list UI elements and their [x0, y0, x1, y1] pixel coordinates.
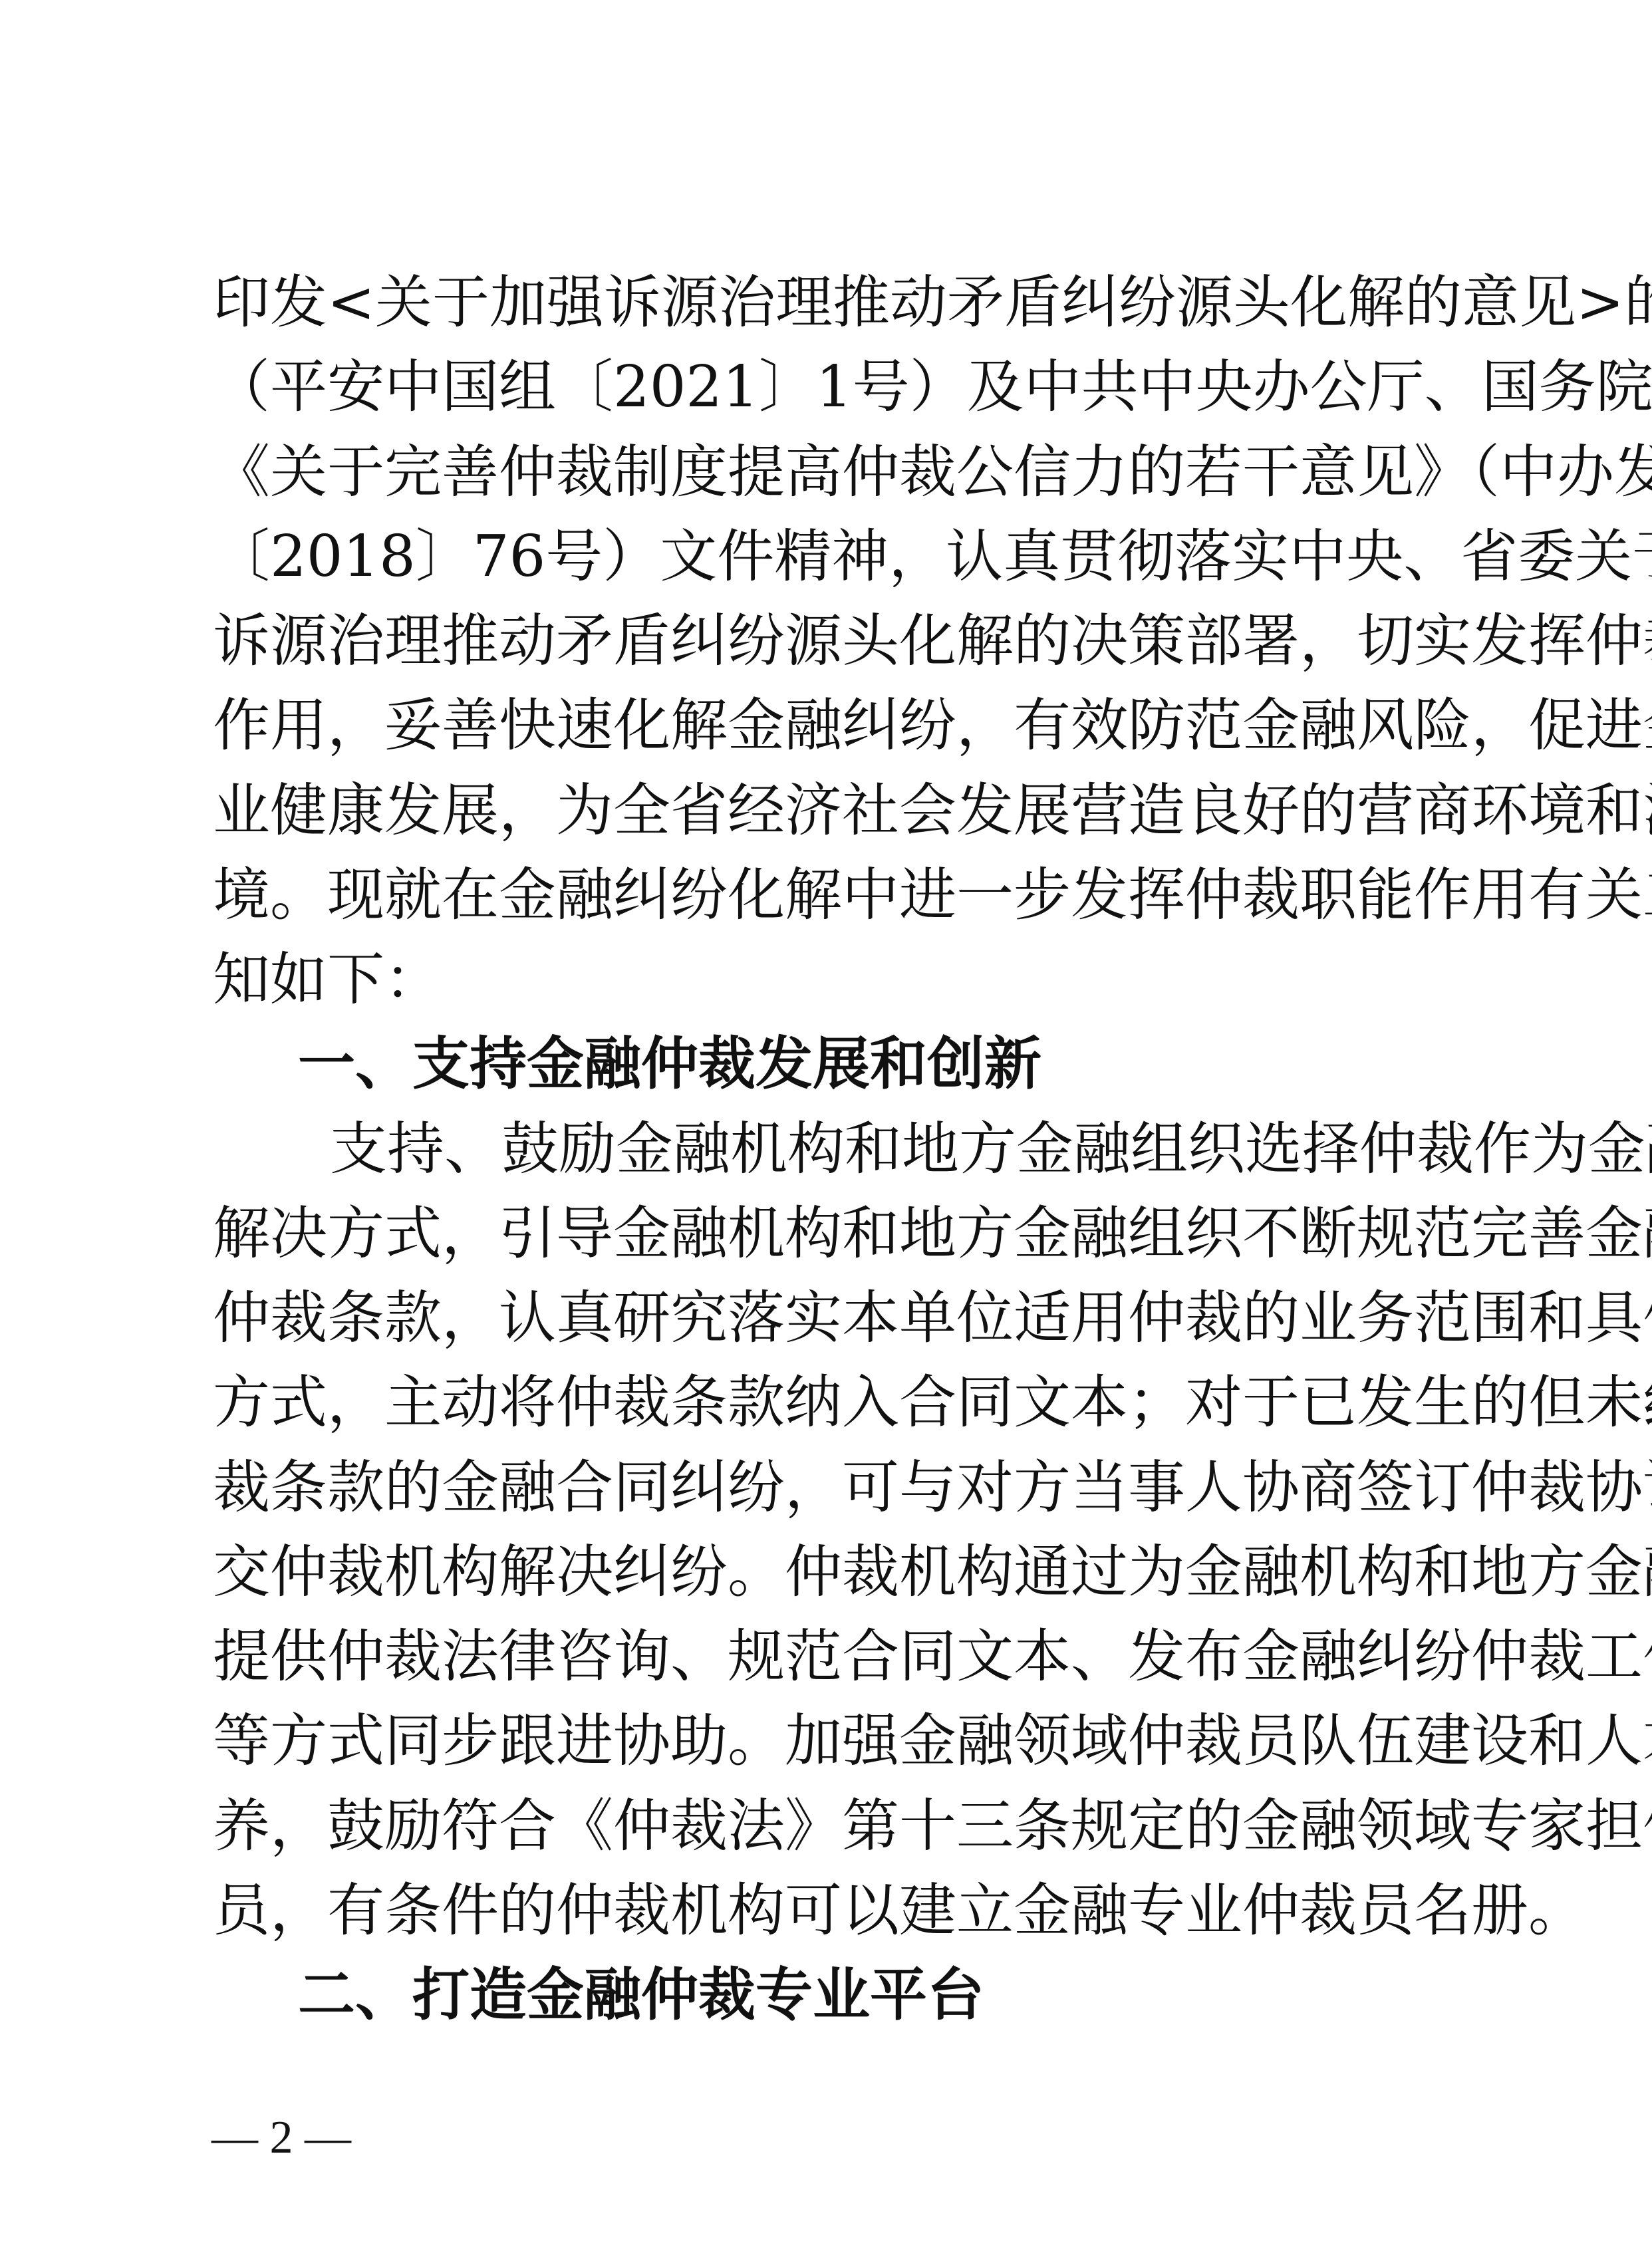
paragraph-line: 诉源治理推动矛盾纠纷源头化解的决策部署，切实发挥仲裁优势 — [213, 599, 1440, 684]
paragraph-line: 解决方式，引导金融机构和地方金融组织不断规范完善金融合同 — [213, 1192, 1440, 1276]
document-body: 印发<关于加强诉源治理推动矛盾纠纷源头化解的意见>的通知》 （平安中国组〔202… — [213, 261, 1440, 2038]
paragraph-line: 《关于完善仲裁制度提高仲裁公信力的若干意见》（中办发 — [213, 430, 1440, 515]
paragraph-line: 方式，主动将仲裁条款纳入合同文本；对于已发生的但未约定仲 — [213, 1361, 1440, 1445]
paragraph-line: 等方式同步跟进协助。加强金融领域仲裁员队伍建设和人才培 — [213, 1699, 1440, 1784]
paragraph-line: 裁条款的金融合同纠纷，可与对方当事人协商签订仲裁协议，提 — [213, 1446, 1440, 1530]
document-page: 印发<关于加强诉源治理推动矛盾纠纷源头化解的意见>的通知》 （平安中国组〔202… — [0, 0, 1652, 2267]
section-heading-2: 二、打造金融仲裁专业平台 — [213, 1953, 1440, 2038]
paragraph-line: 提供仲裁法律咨询、规范合同文本、发布金融纠纷仲裁工作指引 — [213, 1615, 1440, 1699]
paragraph-line: 印发<关于加强诉源治理推动矛盾纠纷源头化解的意见>的通知》 — [213, 261, 1440, 345]
paragraph-line: 仲裁条款，认真研究落实本单位适用仲裁的业务范围和具体适用 — [213, 1276, 1440, 1361]
paragraph-line: 交仲裁机构解决纠纷。仲裁机构通过为金融机构和地方金融组织 — [213, 1530, 1440, 1615]
paragraph-line: 作用，妥善快速化解金融纠纷，有效防范金融风险，促进金融行 — [213, 684, 1440, 768]
paragraph-line: 养，鼓励符合《仲裁法》第十三条规定的金融领域专家担任仲裁 — [213, 1784, 1440, 1869]
paragraph-line: （平安中国组〔2021〕1号）及中共中央办公厅、国务院办公厅 — [213, 345, 1440, 430]
paragraph-line: 员，有条件的仲裁机构可以建立金融专业仲裁员名册。 — [213, 1869, 1440, 1953]
paragraph-line: 境。现就在金融纠纷化解中进一步发挥仲裁职能作用有关工作通 — [213, 853, 1440, 938]
section-heading-1: 一、支持金融仲裁发展和创新 — [213, 1022, 1440, 1107]
paragraph-line: 业健康发展，为全省经济社会发展营造良好的营商环境和法治环 — [213, 769, 1440, 853]
page-number: — 2 — — [211, 2111, 351, 2165]
paragraph-line: 知如下： — [213, 938, 1440, 1022]
paragraph-line: 支持、鼓励金融机构和地方金融组织选择仲裁作为金融纠纷 — [213, 1107, 1440, 1192]
paragraph-line: 〔2018〕76号）文件精神，认真贯彻落实中央、省委关于加强 — [213, 515, 1440, 599]
